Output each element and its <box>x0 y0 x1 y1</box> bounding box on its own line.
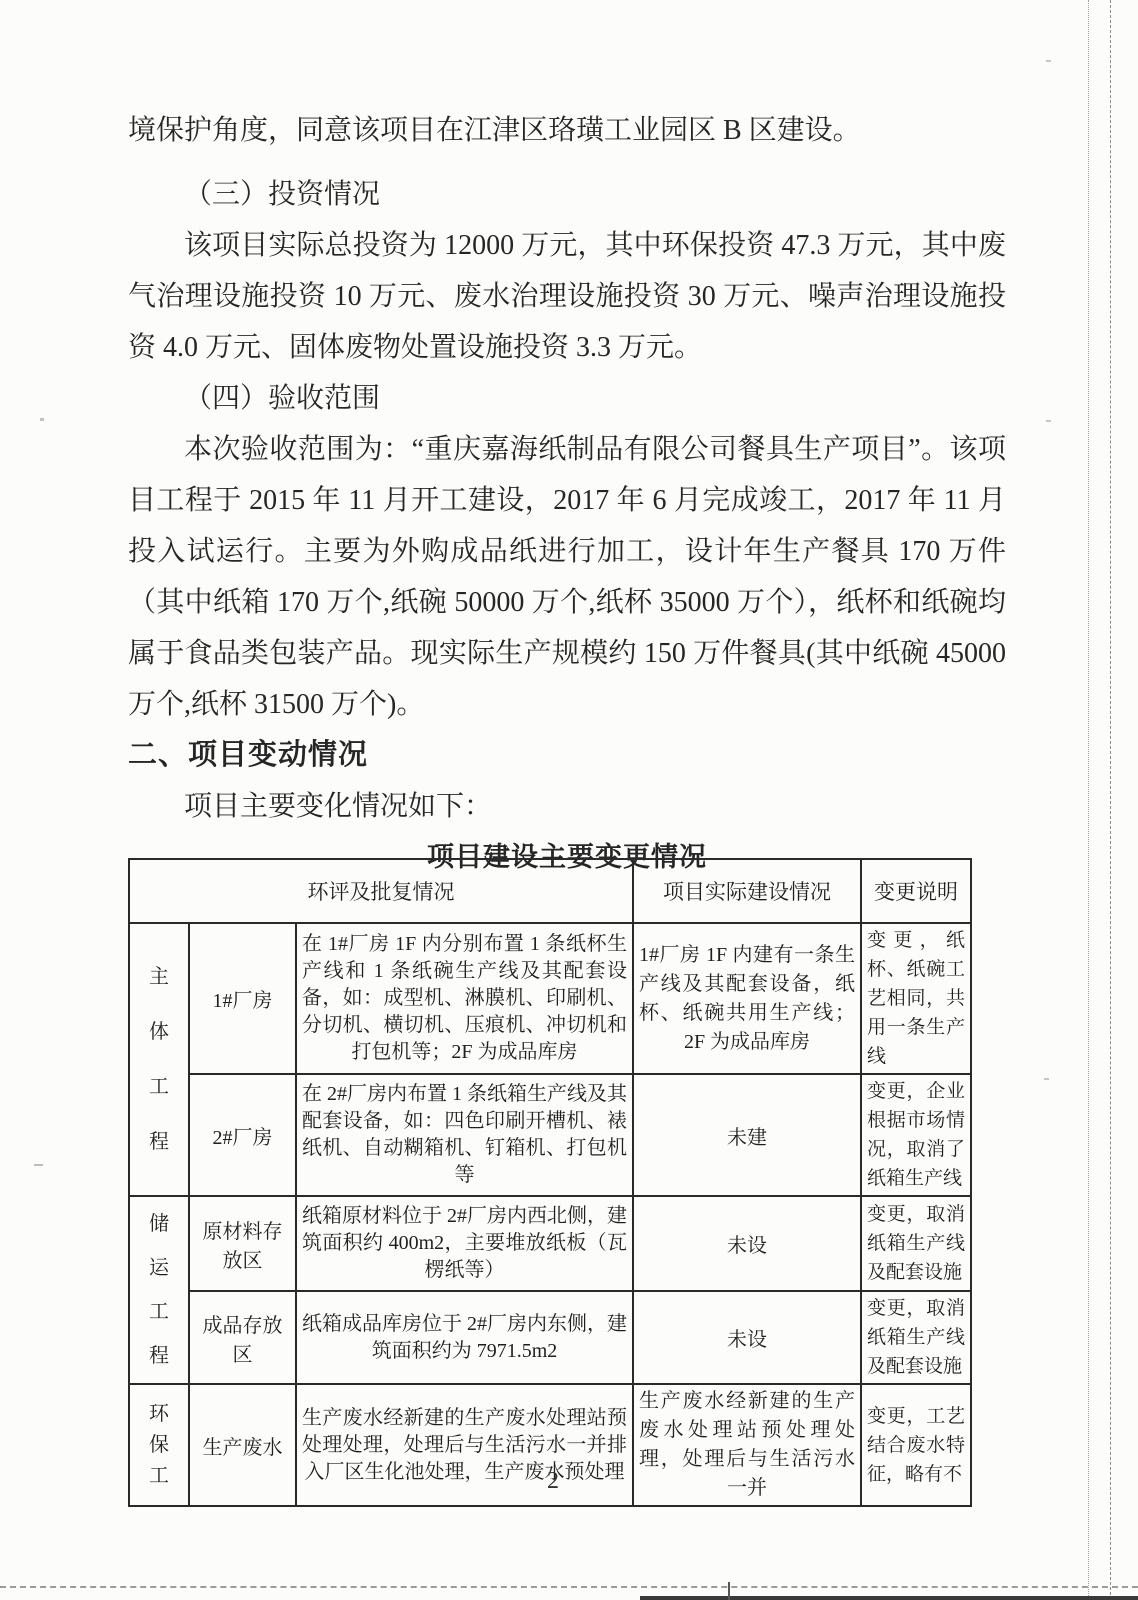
paragraph-acceptance-scope-detail: 本次验收范围为：“重庆嘉海纸制品有限公司餐具生产项目”。该项目工程于 2015 … <box>128 424 1006 730</box>
scan-artifact-speck <box>1046 60 1051 62</box>
scan-artifact-speck <box>40 418 44 421</box>
paragraph-investment-detail: 该项目实际总投资为 12000 万元，其中环保投资 47.3 万元，其中废气治理… <box>128 220 1006 373</box>
table-row: 储运工程 原材料存放区 纸箱原材料位于 2#厂房内西北侧，建筑面积约 400m2… <box>129 1196 971 1291</box>
cell-change-factory-1: 变更，纸杯、纸碗工艺相同，共用一条生产线 <box>861 923 971 1074</box>
scan-artifact-vertical-line <box>1110 0 1111 1600</box>
paragraph-table-intro: 项目主要变化情况如下： <box>128 781 1006 832</box>
cell-eia-factory-1: 在 1#厂房 1F 内分别布置 1 条纸杯生产线和 1 条纸碗生产线及其配套设备… <box>296 923 633 1074</box>
scan-artifact-bottom-bar <box>640 1596 1138 1600</box>
cell-eia-raw-material-area: 纸箱原材料位于 2#厂房内西北侧，建筑面积约 400m2，主要堆放纸板（瓦楞纸等… <box>296 1196 633 1291</box>
cell-category-storage-works: 储运工程 <box>129 1196 189 1384</box>
cell-sub-factory-1: 1#厂房 <box>189 923 296 1074</box>
table-row: 主体工程 1#厂房 在 1#厂房 1F 内分别布置 1 条纸杯生产线和 1 条纸… <box>129 923 971 1074</box>
cell-sub-factory-2: 2#厂房 <box>189 1074 296 1196</box>
cell-actual-raw-material-area: 未设 <box>633 1196 861 1291</box>
scan-artifact-speck <box>1046 420 1051 422</box>
header-actual-construction: 项目实际建设情况 <box>633 859 861 923</box>
subsection-heading-acceptance-scope: （四）验收范围 <box>128 373 1006 424</box>
section-heading-project-changes: 二、项目变动情况 <box>128 730 1006 781</box>
table-header-row: 环评及批复情况 项目实际建设情况 变更说明 <box>129 859 971 923</box>
document-body: 境保护角度，同意该项目在江津区珞璜工业园区 B 区建设。 （三）投资情况 该项目… <box>128 105 1006 883</box>
cell-actual-finished-goods-area: 未设 <box>633 1291 861 1384</box>
header-change-note: 变更说明 <box>861 859 971 923</box>
scan-artifact-horizontal-line <box>0 1586 1138 1588</box>
cell-sub-raw-material-area: 原材料存放区 <box>189 1196 296 1291</box>
scan-artifact-vertical-line <box>1088 0 1089 1600</box>
category-label: 储运工程 <box>148 1202 170 1378</box>
cell-category-main-works: 主体工程 <box>129 923 189 1196</box>
cell-eia-finished-goods-area: 纸箱成品库房位于 2#厂房内东侧，建筑面积约为 7971.5m2 <box>296 1291 633 1384</box>
cell-actual-factory-1: 1#厂房 1F 内建有一条生产线及其配套设备，纸杯、纸碗共用生产线；2F 为成品… <box>633 923 861 1074</box>
cell-eia-factory-2: 在 2#厂房内布置 1 条纸箱生产线及其配套设备，如：四色印刷开槽机、裱纸机、自… <box>296 1074 633 1196</box>
scanned-document-page: 境保护角度，同意该项目在江津区珞璜工业园区 B 区建设。 （三）投资情况 该项目… <box>0 0 1138 1600</box>
category-label: 主体工程 <box>148 950 170 1170</box>
cell-actual-factory-2: 未建 <box>633 1074 861 1196</box>
subsection-heading-investment: （三）投资情况 <box>128 169 1006 220</box>
project-change-table: 环评及批复情况 项目实际建设情况 变更说明 主体工程 1#厂房 在 1#厂房 1… <box>128 858 972 1507</box>
table-row: 2#厂房 在 2#厂房内布置 1 条纸箱生产线及其配套设备，如：四色印刷开槽机、… <box>129 1074 971 1196</box>
page-number: 2 <box>0 1468 1106 1495</box>
scan-artifact-tick <box>728 1582 730 1600</box>
header-eia-approval: 环评及批复情况 <box>129 859 633 923</box>
scan-artifact-speck <box>34 1164 43 1166</box>
cell-change-factory-2: 变更，企业根据市场情况，取消了纸箱生产线 <box>861 1074 971 1196</box>
scan-artifact-speck <box>1044 1078 1049 1080</box>
cell-change-raw-material-area: 变更，取消纸箱生产线及配套设施 <box>861 1196 971 1291</box>
table-row: 成品存放区 纸箱成品库房位于 2#厂房内东侧，建筑面积约为 7971.5m2 未… <box>129 1291 971 1384</box>
paragraph-continuation: 境保护角度，同意该项目在江津区珞璜工业园区 B 区建设。 <box>128 105 1006 156</box>
cell-change-finished-goods-area: 变更，取消纸箱生产线及配套设施 <box>861 1291 971 1384</box>
cell-sub-finished-goods-area: 成品存放区 <box>189 1291 296 1384</box>
